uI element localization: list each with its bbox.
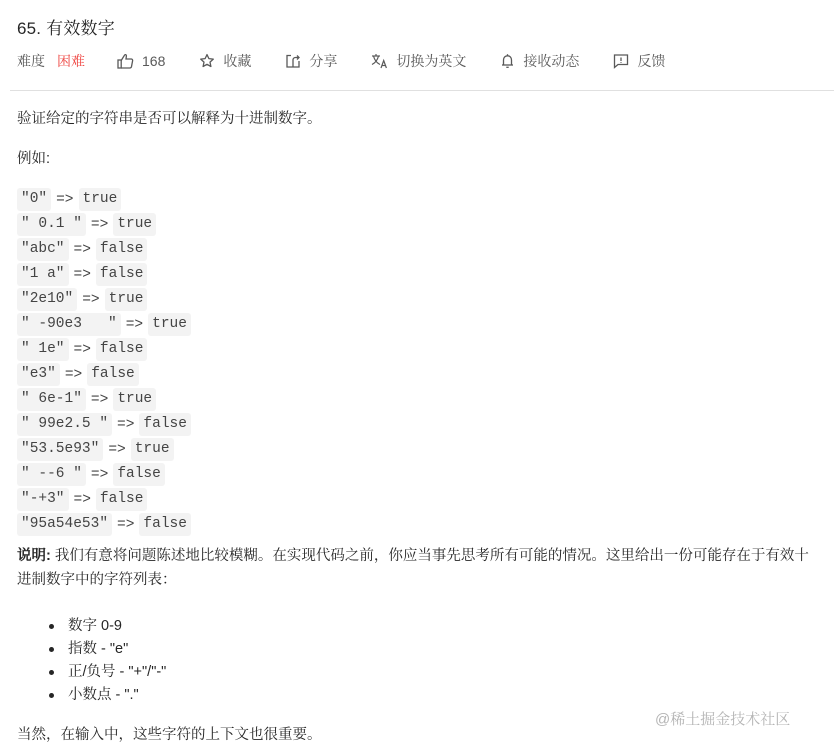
- arrow: =>: [117, 514, 134, 536]
- arrow: =>: [91, 389, 108, 411]
- example-row: "abc"=>false: [17, 237, 191, 262]
- feedback-icon: [613, 53, 629, 69]
- subscribe-button[interactable]: 接收动态: [500, 51, 579, 71]
- example-row: "2e10"=>true: [17, 287, 191, 312]
- arrow: =>: [74, 489, 91, 511]
- problem-toolbar: 难度 困难 168 收藏 分享: [17, 50, 665, 72]
- difficulty: 难度 困难: [17, 51, 85, 71]
- example-row: "0"=>true: [17, 187, 191, 212]
- example-row: " 1e"=>false: [17, 337, 191, 362]
- example-output: false: [139, 513, 191, 536]
- example-row: " 99e2.5 "=>false: [17, 412, 191, 437]
- header-divider: [10, 90, 834, 91]
- example-input: "53.5e93": [17, 438, 103, 461]
- example-input: "0": [17, 188, 51, 211]
- difficulty-label: 难度: [17, 51, 45, 71]
- share-label: 分享: [309, 51, 337, 71]
- example-output: false: [96, 488, 148, 511]
- note-text: 我们有意将问题陈述地比较模糊。在实现代码之前，你应当事先思考所有可能的情况。这里…: [17, 548, 809, 588]
- feedback-label: 反馈: [637, 51, 665, 71]
- arrow: =>: [74, 339, 91, 361]
- example-input: "2e10": [17, 288, 77, 311]
- example-row: "-+3"=>false: [17, 487, 191, 512]
- example-heading: 例如:: [17, 148, 50, 170]
- note-paragraph: 说明: 我们有意将问题陈述地比较模糊。在实现代码之前，你应当事先思考所有可能的情…: [17, 544, 822, 592]
- arrow: =>: [65, 364, 82, 386]
- thumbs-up-icon: [117, 53, 134, 69]
- like-button[interactable]: 168: [117, 53, 165, 69]
- example-output: false: [139, 413, 191, 436]
- share-icon: [285, 53, 301, 69]
- example-row: " 0.1 "=>true: [17, 212, 191, 237]
- arrow: =>: [56, 189, 73, 211]
- list-item: 数字 0-9: [49, 615, 166, 638]
- translate-icon: [371, 53, 388, 69]
- arrow: =>: [74, 239, 91, 261]
- list-item: 正/负号 - "+"/"-": [49, 661, 166, 684]
- subscribe-label: 接收动态: [523, 51, 579, 71]
- translate-button[interactable]: 切换为英文: [371, 51, 466, 71]
- example-output: false: [113, 463, 165, 486]
- example-row: " -90e3 "=>true: [17, 312, 191, 337]
- example-row: "53.5e93"=>true: [17, 437, 191, 462]
- example-input: "-+3": [17, 488, 69, 511]
- bell-icon: [500, 53, 515, 69]
- arrow: =>: [108, 439, 125, 461]
- valid-chars-list: 数字 0-9 指数 - "e" 正/负号 - "+"/"-" 小数点 - ".": [49, 615, 166, 707]
- example-output: false: [87, 363, 139, 386]
- example-output: true: [79, 188, 122, 211]
- note-label: 说明:: [17, 548, 51, 564]
- example-row: "95a54e53"=>false: [17, 512, 191, 537]
- example-input: " 6e-1": [17, 388, 86, 411]
- favorite-label: 收藏: [223, 51, 251, 71]
- example-row: " 6e-1"=>true: [17, 387, 191, 412]
- like-count: 168: [142, 53, 165, 69]
- example-output: true: [113, 213, 156, 236]
- intro-text: 验证给定的字符串是否可以解释为十进制数字。: [17, 108, 322, 130]
- arrow: =>: [91, 214, 108, 236]
- translate-label: 切换为英文: [396, 51, 466, 71]
- examples-list: "0"=>true " 0.1 "=>true "abc"=>false "1 …: [17, 187, 191, 537]
- example-input: " -90e3 ": [17, 313, 121, 336]
- share-button[interactable]: 分享: [285, 51, 337, 71]
- difficulty-badge: 困难: [57, 51, 85, 71]
- star-icon: [199, 53, 215, 69]
- example-output: false: [96, 263, 148, 286]
- example-output: true: [148, 313, 191, 336]
- list-item: 指数 - "e": [49, 638, 166, 661]
- arrow: =>: [74, 264, 91, 286]
- example-input: " --6 ": [17, 463, 86, 486]
- problem-title: 65. 有效数字: [17, 14, 115, 39]
- example-row: " --6 "=>false: [17, 462, 191, 487]
- example-output: false: [96, 238, 148, 261]
- feedback-button[interactable]: 反馈: [613, 51, 665, 71]
- example-input: "1 a": [17, 263, 69, 286]
- example-input: " 1e": [17, 338, 69, 361]
- example-row: "e3"=>false: [17, 362, 191, 387]
- arrow: =>: [117, 414, 134, 436]
- arrow: =>: [126, 314, 143, 336]
- watermark: @稀土掘金技术社区: [655, 708, 790, 729]
- example-output: true: [113, 388, 156, 411]
- list-item: 小数点 - ".": [49, 684, 166, 707]
- example-input: "95a54e53": [17, 513, 112, 536]
- example-input: "e3": [17, 363, 60, 386]
- favorite-button[interactable]: 收藏: [199, 51, 251, 71]
- closing-text: 当然，在输入中，这些字符的上下文也很重要。: [17, 724, 322, 746]
- arrow: =>: [91, 464, 108, 486]
- example-row: "1 a"=>false: [17, 262, 191, 287]
- example-input: "abc": [17, 238, 69, 261]
- example-input: " 99e2.5 ": [17, 413, 112, 436]
- example-output: false: [96, 338, 148, 361]
- example-output: true: [105, 288, 148, 311]
- example-input: " 0.1 ": [17, 213, 86, 236]
- example-output: true: [131, 438, 174, 461]
- arrow: =>: [82, 289, 99, 311]
